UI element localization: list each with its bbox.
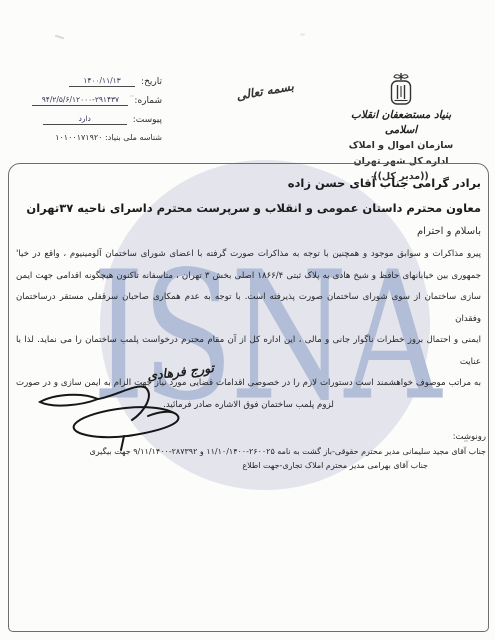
cc-line: جناب آقای بهرامی مدیر محترم املاک تجاری-… — [34, 459, 486, 473]
meta-row-attachment: پیوست: دارد — [12, 114, 162, 125]
recipient-line1: برادر گرامی جناب آقای حسن زاده — [16, 176, 481, 190]
meta-row-national-id: شناسه ملی بنیاد: ۱۰۱۰۰۱۷۱۹۲۰ — [12, 133, 162, 142]
body-line: پیرو مذاکرات و سوابق موجود و همچنین با ت… — [16, 244, 481, 266]
body-line: سازی ساختمان از سوی شورای ساختمان صورت پ… — [16, 287, 481, 330]
national-id-label: شناسه ملی بنیاد: — [105, 133, 162, 142]
attachment-label: پیوست: — [133, 115, 162, 125]
meta-row-date: تاریخ: ۱۴۰۰/۱۱/۱۳ — [12, 76, 162, 87]
scan-speck — [300, 33, 305, 36]
cc-line: جناب آقای مجید سلیمانی مدیر محترم حقوقی-… — [34, 445, 486, 459]
date-label: تاریخ: — [141, 77, 162, 87]
number-label: شماره: — [134, 96, 162, 106]
body-line: جمهوری بین خیابانهای حافظ و شیخ هادی به … — [16, 266, 481, 288]
number-value: ۹۴/۲/۵/۶/۱۲۰۰۰-۲۹۱۴۳۷ — [32, 95, 128, 106]
attachment-value: دارد — [43, 114, 127, 125]
letter-meta: تاریخ: ۱۴۰۰/۱۱/۱۳ شماره: ۹۴/۲/۵/۶/۱۲۰۰۰-… — [12, 76, 162, 142]
recipient-line2: معاون محترم داستان عمومی و انقلاب و سرپر… — [16, 201, 481, 215]
national-id-value: ۱۰۱۰۰۱۷۱۹۲۰ — [55, 133, 102, 142]
org-name: بنیاد مستضعفان انقلاب اسلامی — [338, 108, 464, 138]
bonyad-mostazafan-emblem-icon — [388, 72, 414, 106]
scan-speck — [55, 35, 64, 40]
date-value: ۱۴۰۰/۱۱/۱۳ — [69, 76, 135, 87]
bismillah-text: بسمه تعالی — [229, 78, 300, 104]
cc-block: رونوشت: جناب آقای مجید سلیمانی مدیر محتر… — [34, 431, 486, 473]
meta-row-number: شماره: ۹۴/۲/۵/۶/۱۲۰۰۰-۲۹۱۴۳۷ — [12, 95, 162, 106]
letter-body-box: برادر گرامی جناب آقای حسن زاده معاون محت… — [8, 163, 489, 632]
org-line2: سازمان اموال و املاک — [338, 138, 464, 153]
salutation: باسلام و احترام — [16, 226, 481, 237]
cc-label: رونوشت: — [34, 431, 486, 445]
scanned-letter-page: ISNA بسمه تعالی بنیاد مستضعفان انقلاب اس… — [0, 0, 495, 640]
